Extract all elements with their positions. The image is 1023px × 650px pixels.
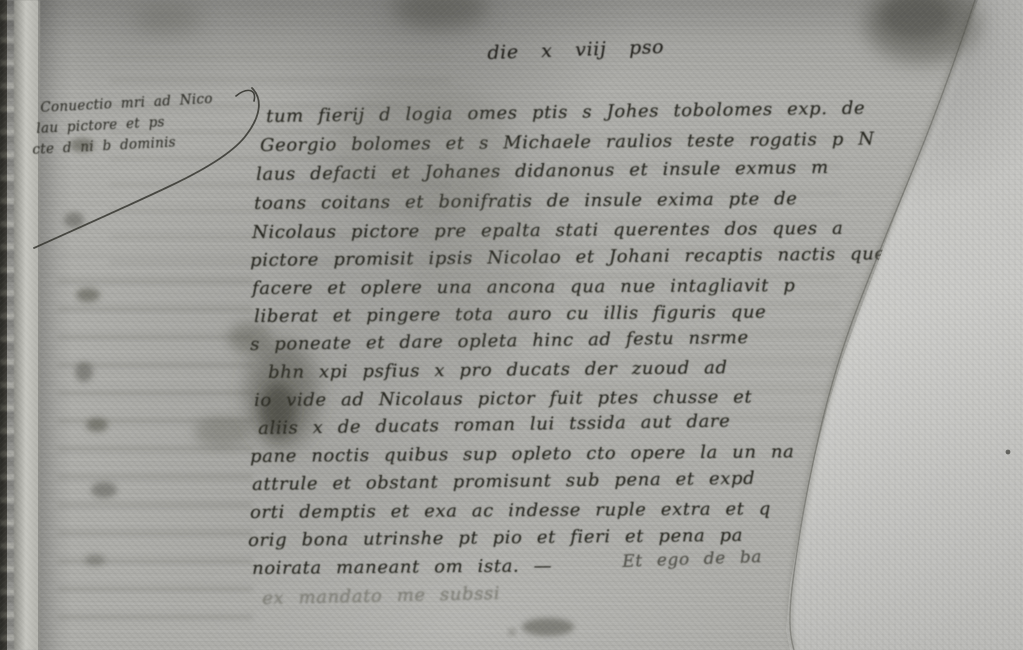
manuscript-line: liberat et pingere tota auro cu illis fi… (254, 302, 766, 327)
bleedthrough-ghost (58, 255, 253, 620)
manuscript-line: facere et oplere una ancona qua nue inta… (252, 275, 796, 299)
manuscript-line: io vide ad Nicolaus pictor fuit ptes chu… (254, 387, 752, 411)
manuscript-line: orti demptis et exa ac indesse ruple ext… (250, 498, 771, 523)
gutter-fold-shadow (38, 0, 72, 650)
manuscript-line: Nicolaus pictore pre epalta stati queren… (252, 218, 843, 243)
manuscript-photo: die x viij pso Conuectio mri ad Nico lau… (0, 0, 1023, 650)
page-edge-highlight (14, 0, 40, 650)
manuscript-line: noirata maneant om ista. — (252, 555, 552, 579)
